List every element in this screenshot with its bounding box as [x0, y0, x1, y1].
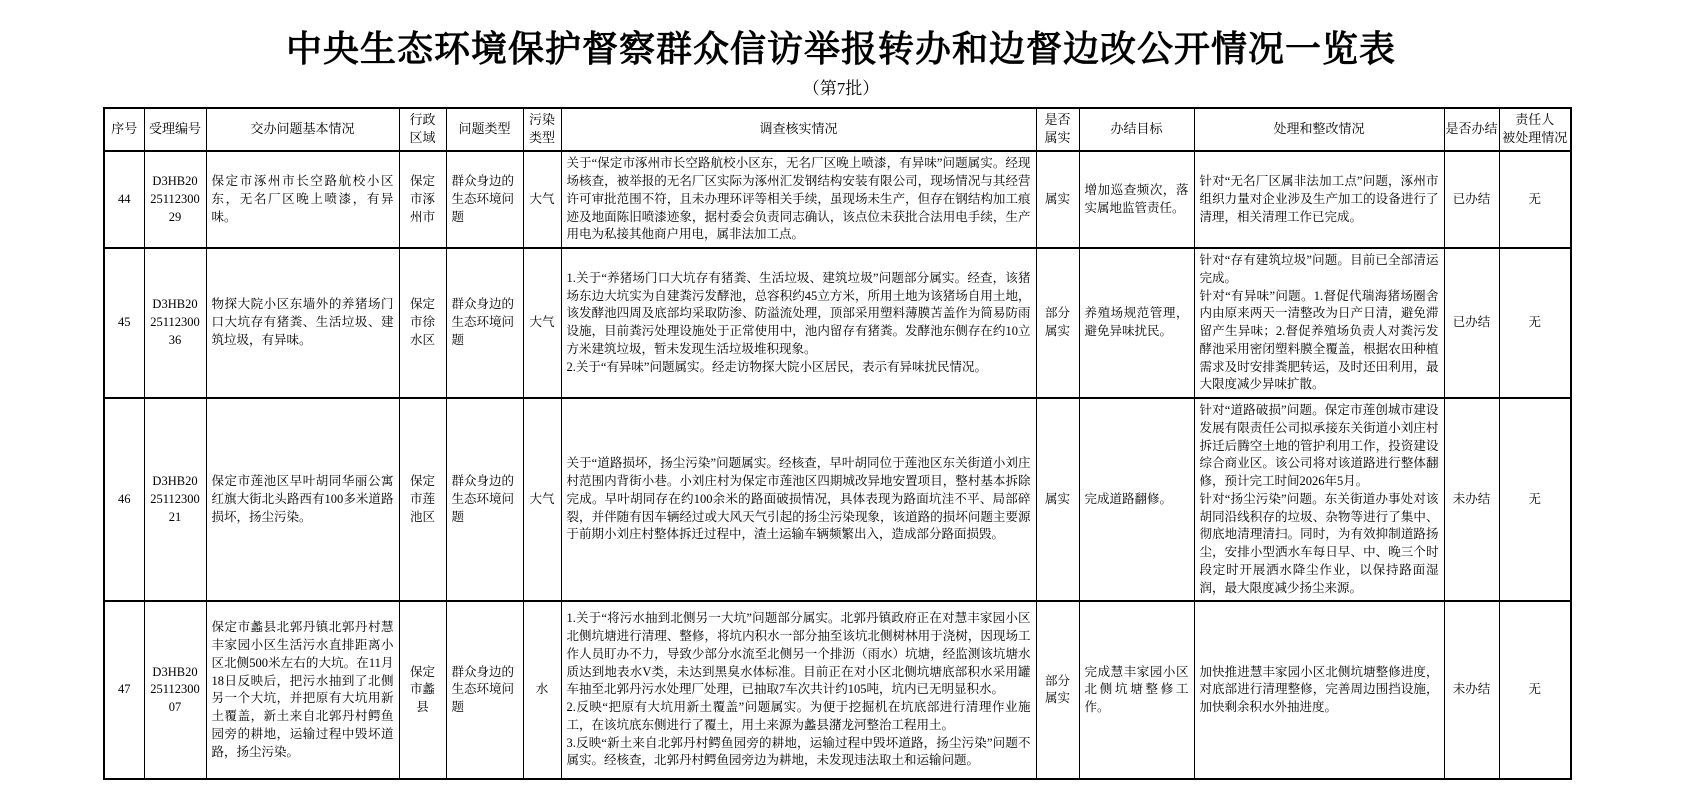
cell-verification: 1.关于“养猪场门口大坑存有猪粪、生活垃圾、建筑垃圾”问题部分属实。经查，该猪场…: [561, 248, 1036, 398]
table-header-row: 序号 受理编号 交办问题基本情况 行政 区域 问题类型 污染 类型 调查核实情况…: [104, 108, 1571, 152]
cell-pollution-type: 大气: [523, 248, 561, 398]
cell-region: 保定市莲池区: [399, 398, 446, 601]
cell-issue: 保定市莲池区早叶胡同华丽公寓红旗大街北头路西有100多米道路损坏，扬尘污染。: [206, 398, 399, 601]
cell-verification: 1.关于“将污水抽到北侧另一大坑”问题部分属实。北郭丹镇政府正在对慧丰家园小区北…: [561, 601, 1036, 779]
document-page: 中央生态环境保护督察群众信访举报转办和边督边改公开情况一览表 （第7批） 序号 …: [0, 0, 1682, 799]
cell-goal: 完成慧丰家园小区北侧坑塘整修工作。: [1079, 601, 1194, 779]
cell-is-true: 属实: [1036, 151, 1079, 248]
header-region: 行政 区域: [399, 108, 446, 152]
cell-seq: 45: [104, 248, 144, 398]
cell-issue: 保定市蠡县北郭丹镇北郭丹村慧丰家园小区生活污水直排距离小区北侧500米左右的大坑…: [206, 601, 399, 779]
cell-issue: 保定市涿州市长空路航校小区东，无名厂区晚上喷漆，有异味。: [206, 151, 399, 248]
cell-case-no: D3HB202511230007: [144, 601, 206, 779]
header-is-completed: 是否办结: [1444, 108, 1499, 152]
cell-is-completed: 未办结: [1444, 398, 1499, 601]
cell-issue-type: 群众身边的生态环境问题: [446, 398, 523, 601]
cell-accountability: 无: [1499, 601, 1571, 779]
cell-handling: 针对“道路破损”问题。保定市莲创城市建设发展有限责任公司拟承接东关街道小刘庄村拆…: [1194, 398, 1444, 601]
cell-handling: 针对“存有建筑垃圾”问题。目前已全部清运完成。 针对“有异味”问题。1.督促代瑞…: [1194, 248, 1444, 398]
page-subtitle: （第7批）: [0, 74, 1682, 99]
cell-goal: 完成道路翻修。: [1079, 398, 1194, 601]
cell-case-no: D3HB202511230021: [144, 398, 206, 601]
cell-seq: 44: [104, 151, 144, 248]
cell-is-true: 部分属实: [1036, 601, 1079, 779]
cell-issue-type: 群众身边的生态环境问题: [446, 151, 523, 248]
cell-issue-type: 群众身边的生态环境问题: [446, 601, 523, 779]
cell-issue-type: 群众身边的生态环境问题: [446, 248, 523, 398]
cell-handling: 加快推进慧丰家园小区北侧坑塘整修进度，对底部进行清理整修，完善周边围挡设施，加快…: [1194, 601, 1444, 779]
cell-accountability: 无: [1499, 151, 1571, 248]
cell-accountability: 无: [1499, 248, 1571, 398]
table-row: 44 D3HB202511230029 保定市涿州市长空路航校小区东，无名厂区晚…: [104, 151, 1571, 248]
cell-pollution-type: 大气: [523, 151, 561, 248]
cell-is-true: 属实: [1036, 398, 1079, 601]
header-handling: 处理和整改情况: [1194, 108, 1444, 152]
cell-issue: 物探大院小区东墙外的养猪场门口大坑存有猪粪、生活垃圾、建筑垃圾，有异味。: [206, 248, 399, 398]
header-issue: 交办问题基本情况: [206, 108, 399, 152]
cell-pollution-type: 水: [523, 601, 561, 779]
table-row: 46 D3HB202511230021 保定市莲池区早叶胡同华丽公寓红旗大街北头…: [104, 398, 1571, 601]
inspection-report-table: 序号 受理编号 交办问题基本情况 行政 区域 问题类型 污染 类型 调查核实情况…: [103, 107, 1572, 781]
cell-region: 保定市徐水区: [399, 248, 446, 398]
header-seq: 序号: [104, 108, 144, 152]
cell-region: 保定市涿州市: [399, 151, 446, 248]
table-row: 45 D3HB202511230036 物探大院小区东墙外的养猪场门口大坑存有猪…: [104, 248, 1571, 398]
cell-is-completed: 已办结: [1444, 151, 1499, 248]
cell-is-completed: 已办结: [1444, 248, 1499, 398]
page-title: 中央生态环境保护督察群众信访举报转办和边督边改公开情况一览表: [0, 0, 1682, 70]
header-case-no: 受理编号: [144, 108, 206, 152]
cell-verification: 关于“保定市涿州市长空路航校小区东，无名厂区晚上喷漆，有异味”问题属实。经现场核…: [561, 151, 1036, 248]
cell-is-true: 部分属实: [1036, 248, 1079, 398]
header-is-true: 是否 属实: [1036, 108, 1079, 152]
header-issue-type: 问题类型: [446, 108, 523, 152]
cell-case-no: D3HB202511230036: [144, 248, 206, 398]
cell-case-no: D3HB202511230029: [144, 151, 206, 248]
cell-handling: 针对“无名厂区属非法加工点”问题，涿州市组织力量对企业涉及生产加工的设备进行了清…: [1194, 151, 1444, 248]
cell-goal: 养殖场规范管理，避免异味扰民。: [1079, 248, 1194, 398]
header-accountability: 责任人 被处理情况: [1499, 108, 1571, 152]
cell-pollution-type: 大气: [523, 398, 561, 601]
cell-goal: 增加巡查频次，落实属地监管责任。: [1079, 151, 1194, 248]
cell-region: 保定市蠡县: [399, 601, 446, 779]
table-row: 47 D3HB202511230007 保定市蠡县北郭丹镇北郭丹村慧丰家园小区生…: [104, 601, 1571, 779]
header-pollution-type: 污染 类型: [523, 108, 561, 152]
cell-seq: 47: [104, 601, 144, 779]
cell-verification: 关于“道路损坏，扬尘污染”问题属实。经核查，早叶胡同位于莲池区东关街道小刘庄村范…: [561, 398, 1036, 601]
cell-seq: 46: [104, 398, 144, 601]
cell-accountability: 无: [1499, 398, 1571, 601]
header-verification: 调查核实情况: [561, 108, 1036, 152]
cell-is-completed: 未办结: [1444, 601, 1499, 779]
header-goal: 办结目标: [1079, 108, 1194, 152]
